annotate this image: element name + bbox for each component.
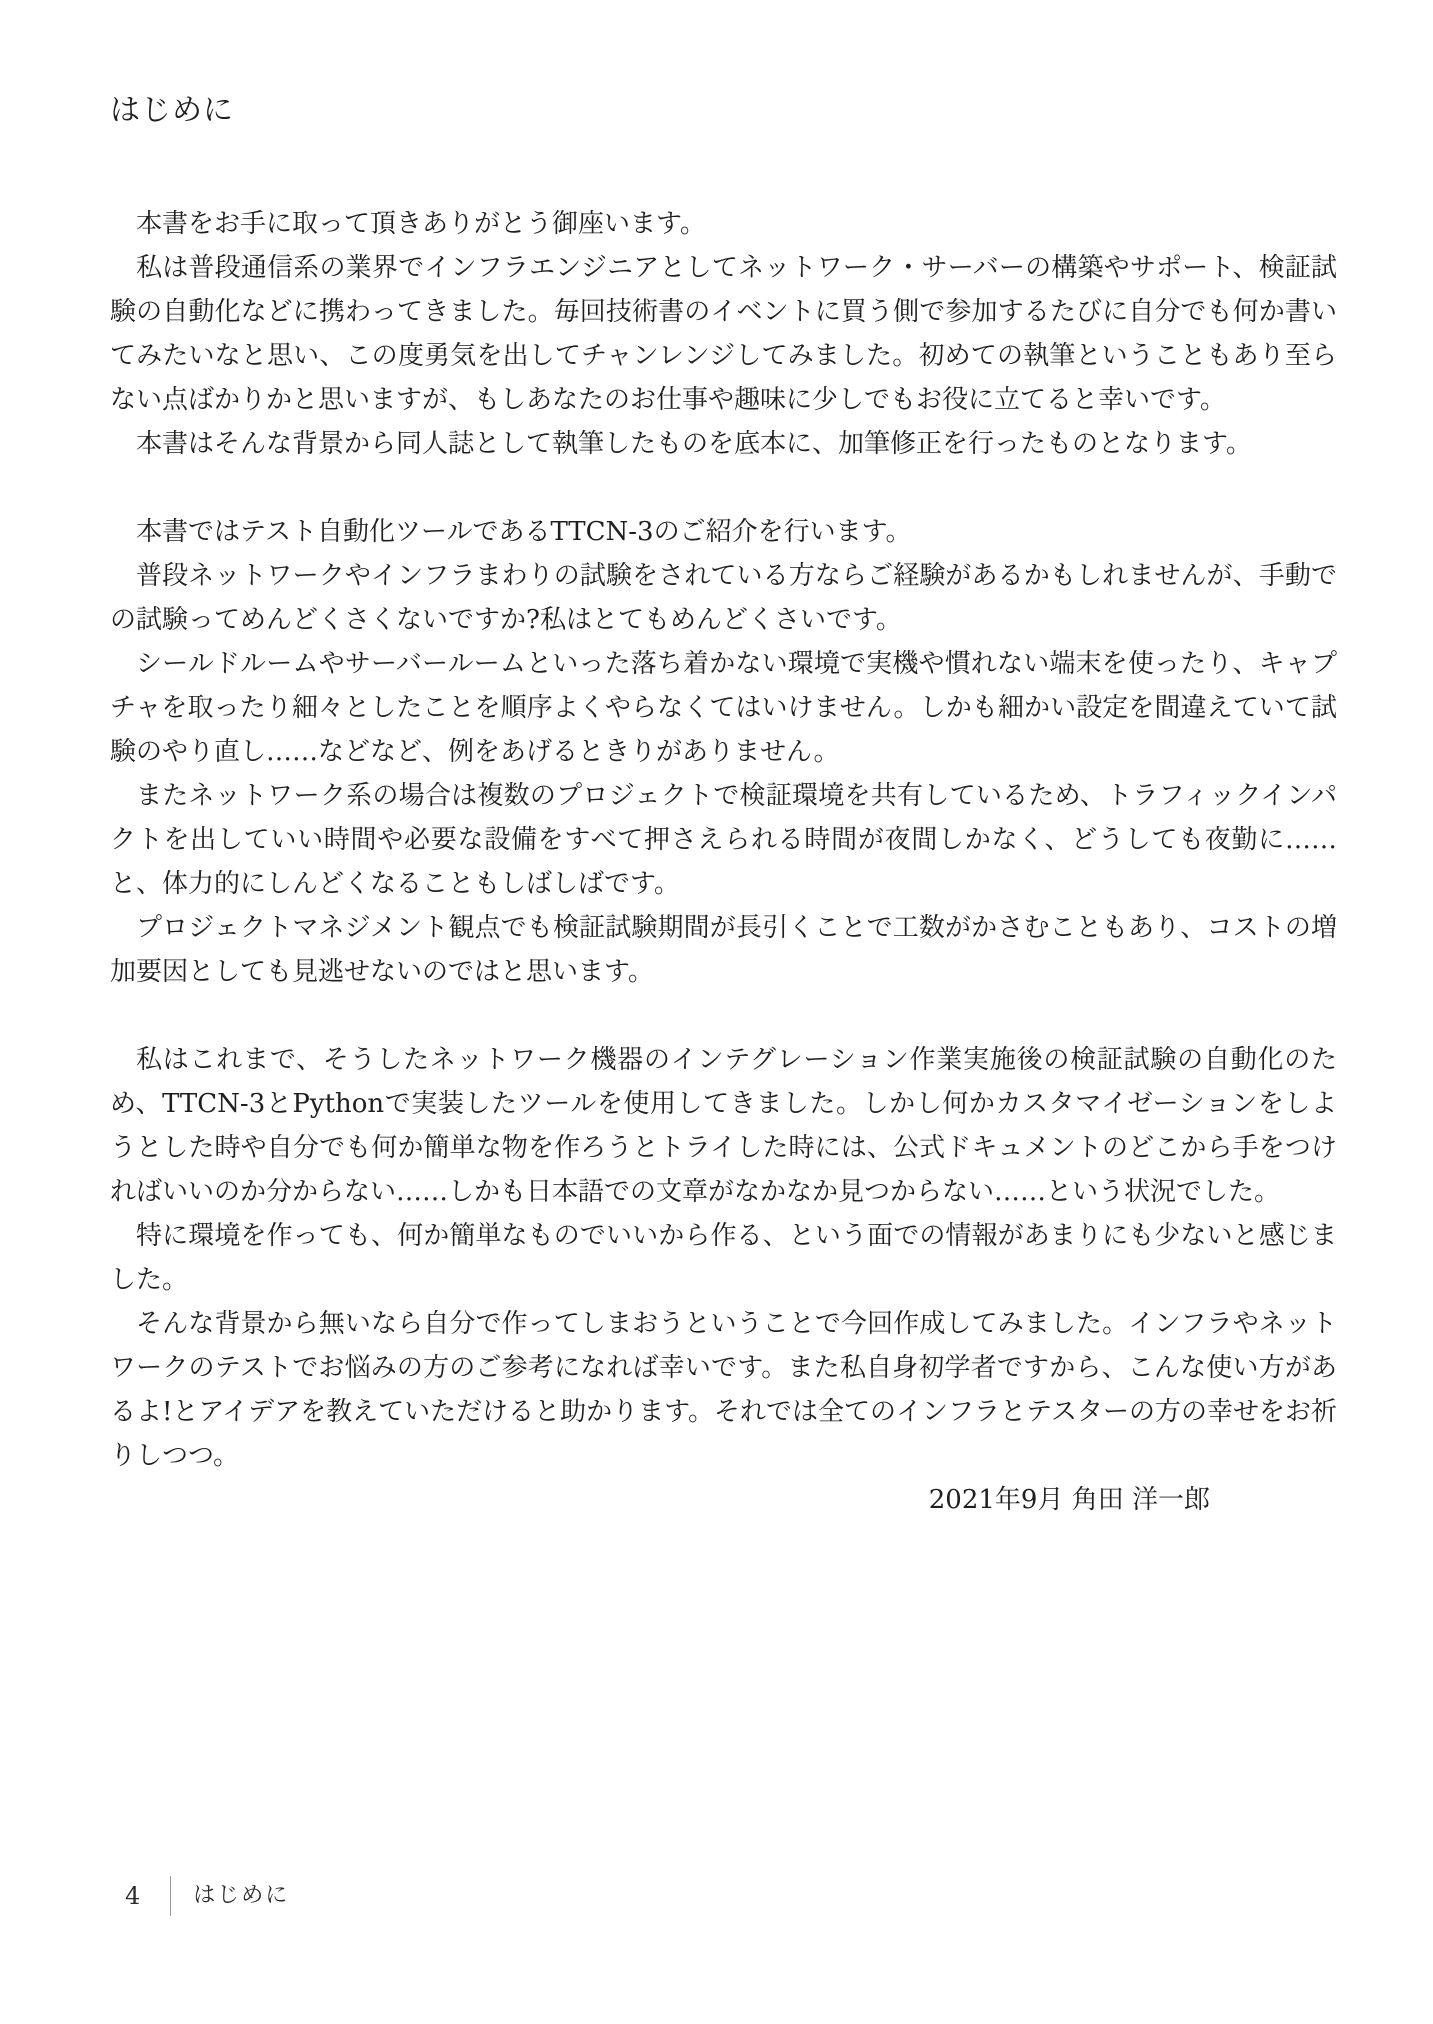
paragraph: シールドルームやサーバールームといった落ち着かない環境で実機や慣れない端末を使っ…	[110, 642, 1337, 774]
preface-section-background: 私はこれまで、そうしたネットワーク機器のインテグレーション作業実施後の検証試験の…	[110, 1038, 1337, 1522]
footer-page-number: 4	[125, 1876, 140, 1916]
footer-section-title: はじめに	[193, 1876, 289, 1916]
page-content: はじめに 本書をお手に取って頂きありがとう御座います。 私は普段通信系の業界でイ…	[110, 92, 1337, 1522]
paragraph: 本書はそんな背景から同人誌として執筆したものを底本に、加筆修正を行ったものとなり…	[110, 422, 1337, 466]
page-footer: 4 はじめに	[125, 1876, 289, 1916]
paragraph: 私は普段通信系の業界でインフラエンジニアとしてネットワーク・サーバーの構築やサポ…	[110, 246, 1337, 422]
paragraph: 特に環境を作っても、何か簡単なものでいいから作る、という面での情報があまりにも少…	[110, 1214, 1337, 1302]
paragraph: そんな背景から無いなら自分で作ってしまおうということで今回作成してみました。イン…	[110, 1302, 1337, 1478]
signature-date: 2021年9月 角田 洋一郎	[110, 1478, 1337, 1522]
paragraph: 私はこれまで、そうしたネットワーク機器のインテグレーション作業実施後の検証試験の…	[110, 1038, 1337, 1214]
page-title: はじめに	[110, 92, 1337, 130]
preface-section-motivation: 本書ではテスト自動化ツールであるTTCN-3のご紹介を行います。 普段ネットワー…	[110, 510, 1337, 994]
paragraph: 本書ではテスト自動化ツールであるTTCN-3のご紹介を行います。	[110, 510, 1337, 554]
paragraph: 本書をお手に取って頂きありがとう御座います。	[110, 202, 1337, 246]
book-page: はじめに 本書をお手に取って頂きありがとう御座います。 私は普段通信系の業界でイ…	[0, 0, 1433, 2024]
paragraph: プロジェクトマネジメント観点でも検証試験期間が長引くことで工数がかさむこともあり…	[110, 906, 1337, 994]
preface-section-greeting: 本書をお手に取って頂きありがとう御座います。 私は普段通信系の業界でインフラエン…	[110, 202, 1337, 466]
paragraph: またネットワーク系の場合は複数のプロジェクトで検証環境を共有しているため、トラフ…	[110, 774, 1337, 906]
paragraph: 普段ネットワークやインフラまわりの試験をされている方ならご経験があるかもしれませ…	[110, 554, 1337, 642]
footer-divider	[170, 1876, 171, 1916]
